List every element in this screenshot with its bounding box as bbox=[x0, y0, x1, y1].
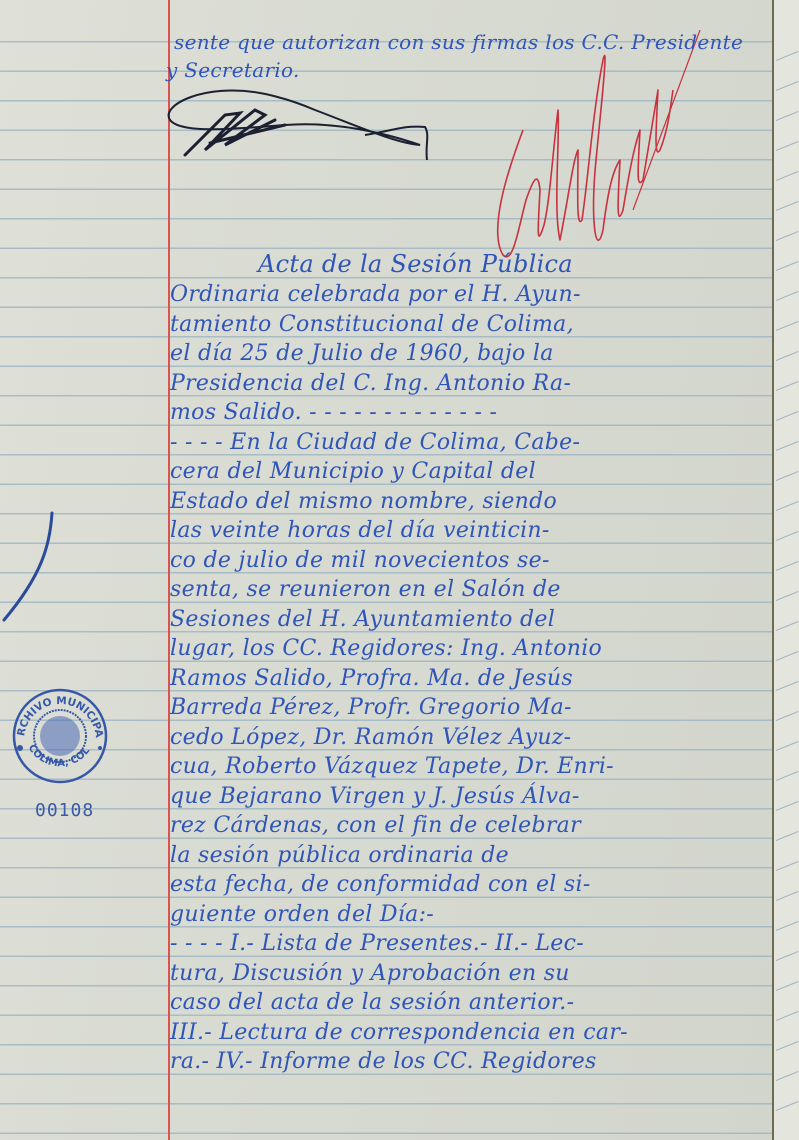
body-line: co de julio de mil novecientos se- bbox=[170, 546, 550, 575]
body-line: esta fecha, de conformidad con el si- bbox=[170, 870, 591, 899]
body-line: rez Cárdenas, con el fin de celebrar bbox=[170, 811, 581, 840]
archive-stamp-icon: ARCHIVO MUNICIPAL COLIMA, COL. bbox=[10, 686, 110, 786]
body-line: Ramos Salido, Profra. Ma. de Jesús bbox=[170, 664, 573, 693]
minutes-title-line: Acta de la Sesión Pública bbox=[258, 250, 573, 279]
adjacent-page-edge bbox=[772, 0, 799, 1140]
body-line: Sesiones del H. Ayuntamiento del bbox=[170, 605, 555, 634]
body-line: III.- Lectura de correspondencia en car- bbox=[170, 1018, 628, 1047]
body-line: lugar, los CC. Regidores: Ing. Antonio bbox=[170, 634, 602, 663]
folio-number: 00108 bbox=[35, 800, 94, 821]
body-line: el día 25 de Julio de 1960, bajo la bbox=[170, 339, 554, 368]
body-line: ra.- IV.- Informe de los CC. Regidores bbox=[170, 1047, 597, 1076]
body-line: las veinte horas del día veinticin- bbox=[170, 516, 550, 545]
body-line: caso del acta de la sesión anterior.- bbox=[170, 988, 574, 1017]
body-line: mos Salido. - - - - - - - - - - - - - bbox=[170, 398, 497, 427]
pen-mark-icon bbox=[0, 505, 60, 625]
body-line: que Bejarano Virgen y J. Jesús Álva- bbox=[170, 782, 580, 811]
body-line: tamiento Constitucional de Colima, bbox=[170, 310, 574, 339]
body-line: Ordinaria celebrada por el H. Ayun- bbox=[170, 280, 581, 309]
body-line: Presidencia del C. Ing. Antonio Ra- bbox=[170, 369, 571, 398]
body-line: cedo López, Dr. Ramón Vélez Ayuz- bbox=[170, 723, 571, 752]
continuation-line: y Secretario. bbox=[166, 56, 300, 85]
body-line: senta, se reunieron en el Salón de bbox=[170, 575, 561, 604]
body-line: cera del Municipio y Capital del bbox=[170, 457, 536, 486]
body-line: - - - - I.- Lista de Presentes.- II.- Le… bbox=[170, 929, 584, 958]
continuation-line: sente que autorizan con sus firmas los C… bbox=[174, 28, 743, 57]
body-line: tura, Discusión y Aprobación en su bbox=[170, 959, 570, 988]
body-line: guiente orden del Día:- bbox=[170, 900, 434, 929]
body-line: la sesión pública ordinaria de bbox=[170, 841, 509, 870]
red-signature-icon bbox=[478, 30, 703, 270]
body-line: Barreda Pérez, Profr. Gregorio Ma- bbox=[170, 693, 572, 722]
black-signature-icon bbox=[165, 85, 465, 165]
body-line: Estado del mismo nombre, siendo bbox=[170, 487, 557, 516]
body-line: cua, Roberto Vázquez Tapete, Dr. Enri- bbox=[170, 752, 614, 781]
notebook-page: ARCHIVO MUNICIPAL COLIMA, COL. 00108 sen… bbox=[0, 0, 772, 1140]
body-line: - - - - En la Ciudad de Colima, Cabe- bbox=[170, 428, 580, 457]
